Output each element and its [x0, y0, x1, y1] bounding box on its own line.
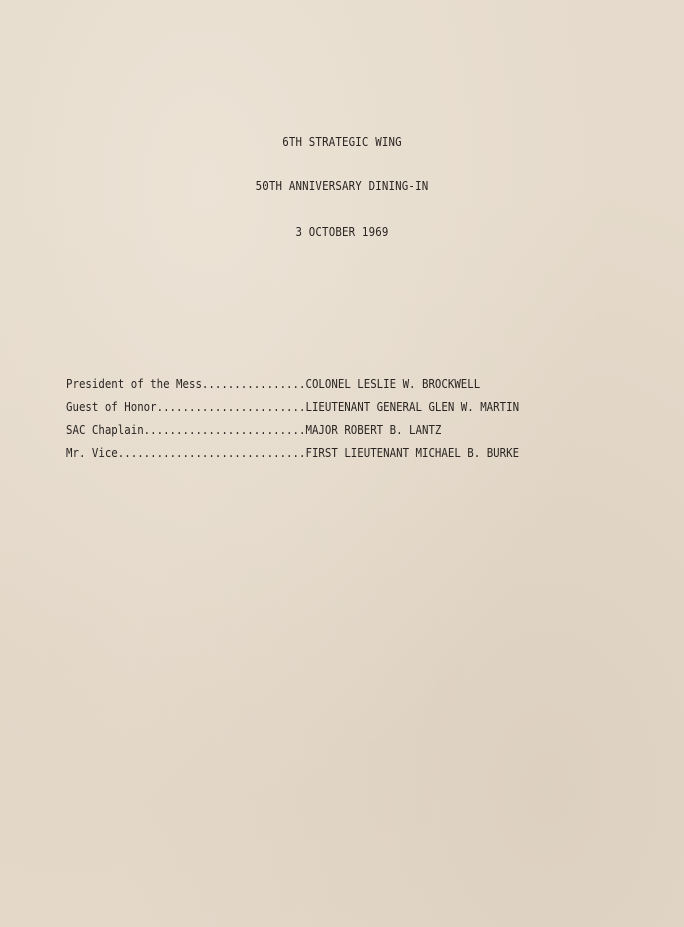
roster-name: COLONEL LESLIE W. BROCKWELL: [305, 376, 480, 391]
roster-row: Mr. Vice.............................FIR…: [66, 445, 519, 468]
roster-role: Mr. Vice: [66, 445, 118, 460]
dot-leader: .............................: [118, 445, 306, 460]
roster-role: Guest of Honor: [66, 399, 157, 414]
event-date: 3 OCTOBER 1969: [48, 224, 636, 239]
dot-leader: .........................: [144, 422, 306, 437]
roster-role: President of the Mess: [66, 376, 202, 391]
unit-title: 6TH STRATEGIC WING: [48, 134, 636, 149]
dot-leader: .......................: [157, 399, 306, 414]
event-title: 50TH ANNIVERSARY DINING-IN: [48, 178, 636, 193]
roster-name: FIRST LIEUTENANT MICHAEL B. BURKE: [305, 445, 519, 460]
roster-row: Guest of Honor.......................LIE…: [66, 399, 519, 422]
roster-list: President of the Mess................COL…: [66, 376, 593, 468]
roster-row: President of the Mess................COL…: [66, 376, 519, 399]
roster-name: MAJOR ROBERT B. LANTZ: [305, 422, 441, 437]
roster-row: SAC Chaplain.........................MAJ…: [66, 422, 519, 445]
dot-leader: ................: [202, 376, 306, 391]
roster-role: SAC Chaplain: [66, 422, 144, 437]
document-page: 6TH STRATEGIC WING 50TH ANNIVERSARY DINI…: [0, 0, 684, 927]
roster-name: LIEUTENANT GENERAL GLEN W. MARTIN: [305, 399, 519, 414]
